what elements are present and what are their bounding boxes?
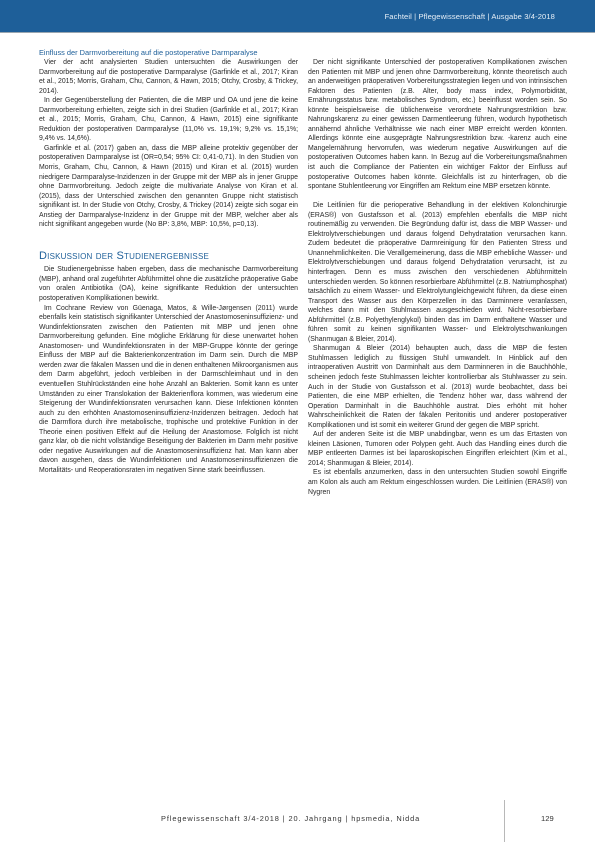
paragraph: Vier der acht analysierten Studien unter…	[39, 58, 298, 96]
right-column: Der nicht signifikante Unterschied der p…	[308, 58, 567, 497]
subheading: Einfluss der Darmvorbereitung auf die po…	[39, 48, 298, 57]
paragraph: In der Gegenüberstellung der Patienten, …	[39, 96, 298, 144]
paragraph: Die Studienergebnisse haben ergeben, das…	[39, 265, 298, 303]
paragraph: Auf der anderen Seite ist die MBP unabdi…	[308, 430, 567, 468]
paragraph-gap	[308, 192, 567, 202]
footer-publication: Pflegewissenschaft 3/4-2018 | 20. Jahrga…	[161, 814, 420, 823]
left-column: Einfluss der Darmvorbereitung auf die po…	[39, 48, 298, 475]
paragraph: Der nicht signifikante Unterschied der p…	[308, 58, 567, 192]
header-title: Fachteil | Pflegewissenschaft | Ausgabe …	[385, 12, 555, 21]
page-number: 129	[541, 814, 554, 823]
paragraph: Die Leitlinien für die perioperative Beh…	[308, 201, 567, 344]
paragraph: Garfinkle et al. (2017) gaben an, dass d…	[39, 144, 298, 230]
footer-divider	[504, 800, 505, 842]
paragraph: Im Cochrane Review von Güenaga, Matos, &…	[39, 304, 298, 476]
paragraph: Es ist ebenfalls anzumerken, dass in den…	[308, 468, 567, 497]
paragraph: Shanmugan & Bleier (2014) behaupten auch…	[308, 344, 567, 430]
section-heading: Diskussion der Studienergebnisse	[39, 252, 298, 262]
header-bar: Fachteil | Pflegewissenschaft | Ausgabe …	[0, 0, 595, 33]
